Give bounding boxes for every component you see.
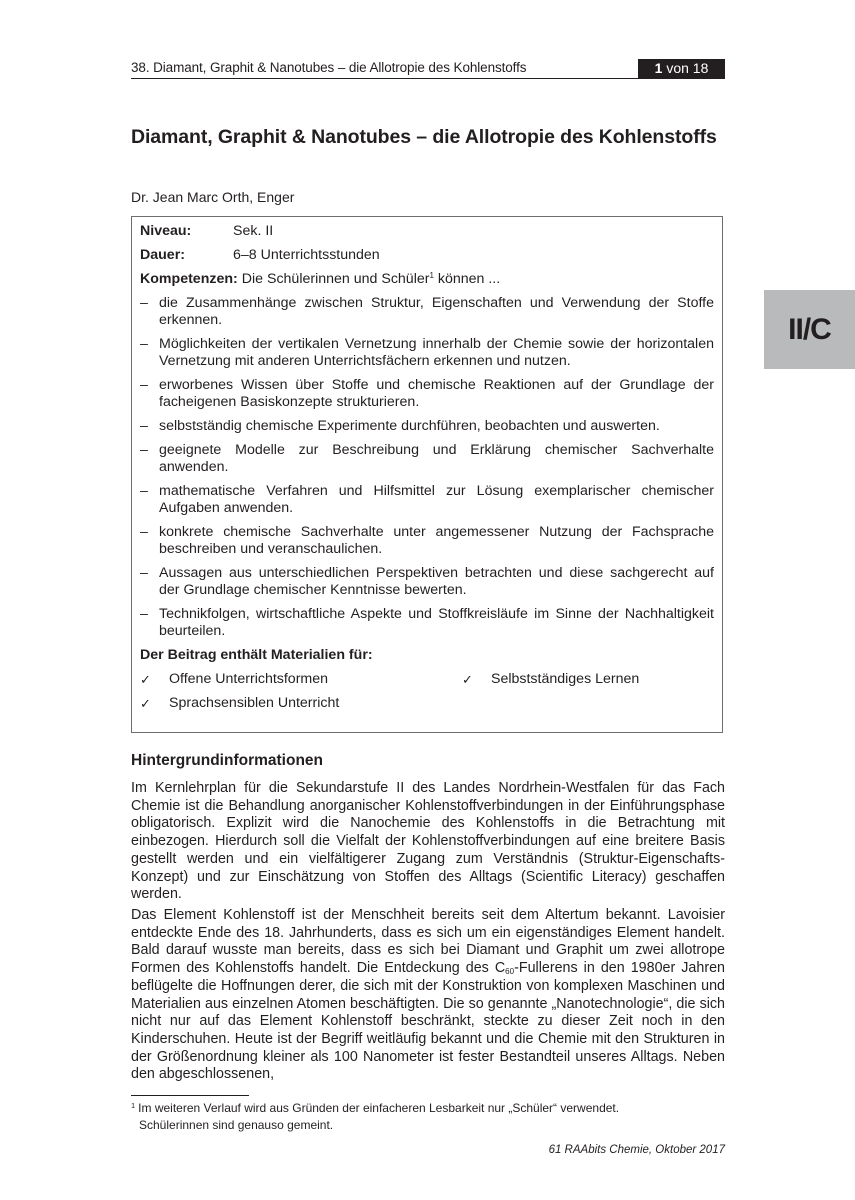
material-label: Offene Unterrichtsformen [169,671,328,688]
list-item: –Möglichkeiten der vertikalen Vernetzung… [140,336,714,370]
page-counter: 1 von 18 [638,59,725,78]
dauer-label: Dauer: [140,247,233,264]
footnote-line-2: Schülerinnen sind genauso gemeint. [131,1117,725,1134]
list-item: –Technikfolgen, wirtschaftliche Aspekte … [140,606,714,640]
page-number: 1 [655,60,663,76]
list-item: –selbstständig chemische Experimente dur… [140,418,714,435]
list-item: –erworbenes Wissen über Stoffe und chemi… [140,377,714,411]
paragraph-1: Im Kernlehrplan für die Sekundarstufe II… [131,780,725,904]
dash-bullet-icon: – [140,377,148,394]
material-label: Sprachsensiblen Unterricht [169,695,339,712]
kompetenzen-intro: Die Schülerinnen und Schüler [242,271,430,287]
running-title: 38. Diamant, Graphit & Nanotubes – die A… [131,60,526,75]
dash-bullet-icon: – [140,442,148,459]
checkmark-icon: ✓ [140,671,169,688]
author: Dr. Jean Marc Orth, Enger [131,189,294,205]
paragraph-2-part: -Fullerens in den 1980er Jahren beflügel… [131,960,725,1082]
section-heading: Hintergrundinformationen [131,752,323,770]
material-item: ✓ Offene Unterrichtsformen [140,671,462,688]
kompetenzen-row: Kompetenzen:Die Schülerinnen und Schüler… [140,271,714,288]
dash-bullet-icon: – [140,418,148,435]
footnote: 1Im weiteren Verlauf wird aus Gründen de… [131,1100,725,1134]
footnote-line-1: Im weiteren Verlauf wird aus Gründen der… [138,1101,619,1115]
list-item-text: Technikfolgen, wirtschaftliche Aspekte u… [159,606,714,639]
dash-bullet-icon: – [140,483,148,500]
list-item: –geeignete Modelle zur Beschreibung und … [140,442,714,476]
list-item-text: die Zusammenhänge zwischen Struktur, Eig… [159,295,714,328]
materials-list: ✓ Offene Unterrichtsformen ✓ Selbstständ… [140,671,714,712]
list-item-text: geeignete Modelle zur Beschreibung und E… [159,442,714,475]
list-item: –die Zusammenhänge zwischen Struktur, Ei… [140,295,714,329]
list-item-text: selbstständig chemische Experimente durc… [159,418,660,434]
kompetenzen-label: Kompetenzen: [140,271,238,287]
materials-heading: Der Beitrag enthält Materialien für: [140,647,714,664]
list-item-text: Möglichkeiten der vertikalen Vernetzung … [159,336,714,369]
dash-bullet-icon: – [140,524,148,541]
kompetenzen-suffix: können ... [434,271,500,287]
material-label: Selbstständiges Lernen [491,671,639,688]
dash-bullet-icon: – [140,606,148,623]
dash-bullet-icon: – [140,336,148,353]
list-item-text: erworbenes Wissen über Stoffe und chemis… [159,377,714,410]
page-header: 38. Diamant, Graphit & Nanotubes – die A… [131,59,725,79]
subscript: 60 [505,967,514,976]
section-tab: II/C [764,290,855,369]
list-item: –Aussagen aus unterschiedlichen Perspekt… [140,565,714,599]
list-item-text: mathematische Verfahren und Hilfsmittel … [159,483,714,516]
dash-bullet-icon: – [140,565,148,582]
list-item: –konkrete chemische Sachverhalte unter a… [140,524,714,558]
page-total: 18 [693,60,709,76]
dauer-row: Dauer: 6–8 Unterrichtsstunden [140,247,714,264]
publication-footer: 61 RAAbits Chemie, Oktober 2017 [549,1144,725,1156]
list-item: –mathematische Verfahren und Hilfsmittel… [140,483,714,517]
paragraph-2: Das Element Kohlenstoff ist der Menschhe… [131,907,725,1084]
list-item-text: konkrete chemische Sachverhalte unter an… [159,524,714,557]
material-item: ✓ Selbstständiges Lernen [462,671,714,688]
dauer-value: 6–8 Unterrichtsstunden [233,247,380,264]
niveau-label: Niveau: [140,223,233,240]
material-item: ✓ Sprachsensiblen Unterricht [140,695,462,712]
kompetenzen-list: –die Zusammenhänge zwischen Struktur, Ei… [140,295,714,640]
document-title: Diamant, Graphit & Nanotubes – die Allot… [131,125,731,149]
niveau-value: Sek. II [233,223,273,240]
list-item-text: Aussagen aus unterschiedlichen Perspekti… [159,565,714,598]
footnote-divider [131,1095,249,1096]
checkmark-icon: ✓ [140,695,169,712]
page-of: von [666,60,689,76]
niveau-row: Niveau: Sek. II [140,223,714,240]
checkmark-icon: ✓ [462,671,491,688]
footnote-number: 1 [131,1101,135,1110]
dash-bullet-icon: – [140,295,148,312]
info-box: Niveau: Sek. II Dauer: 6–8 Unterrichtsst… [131,216,723,733]
